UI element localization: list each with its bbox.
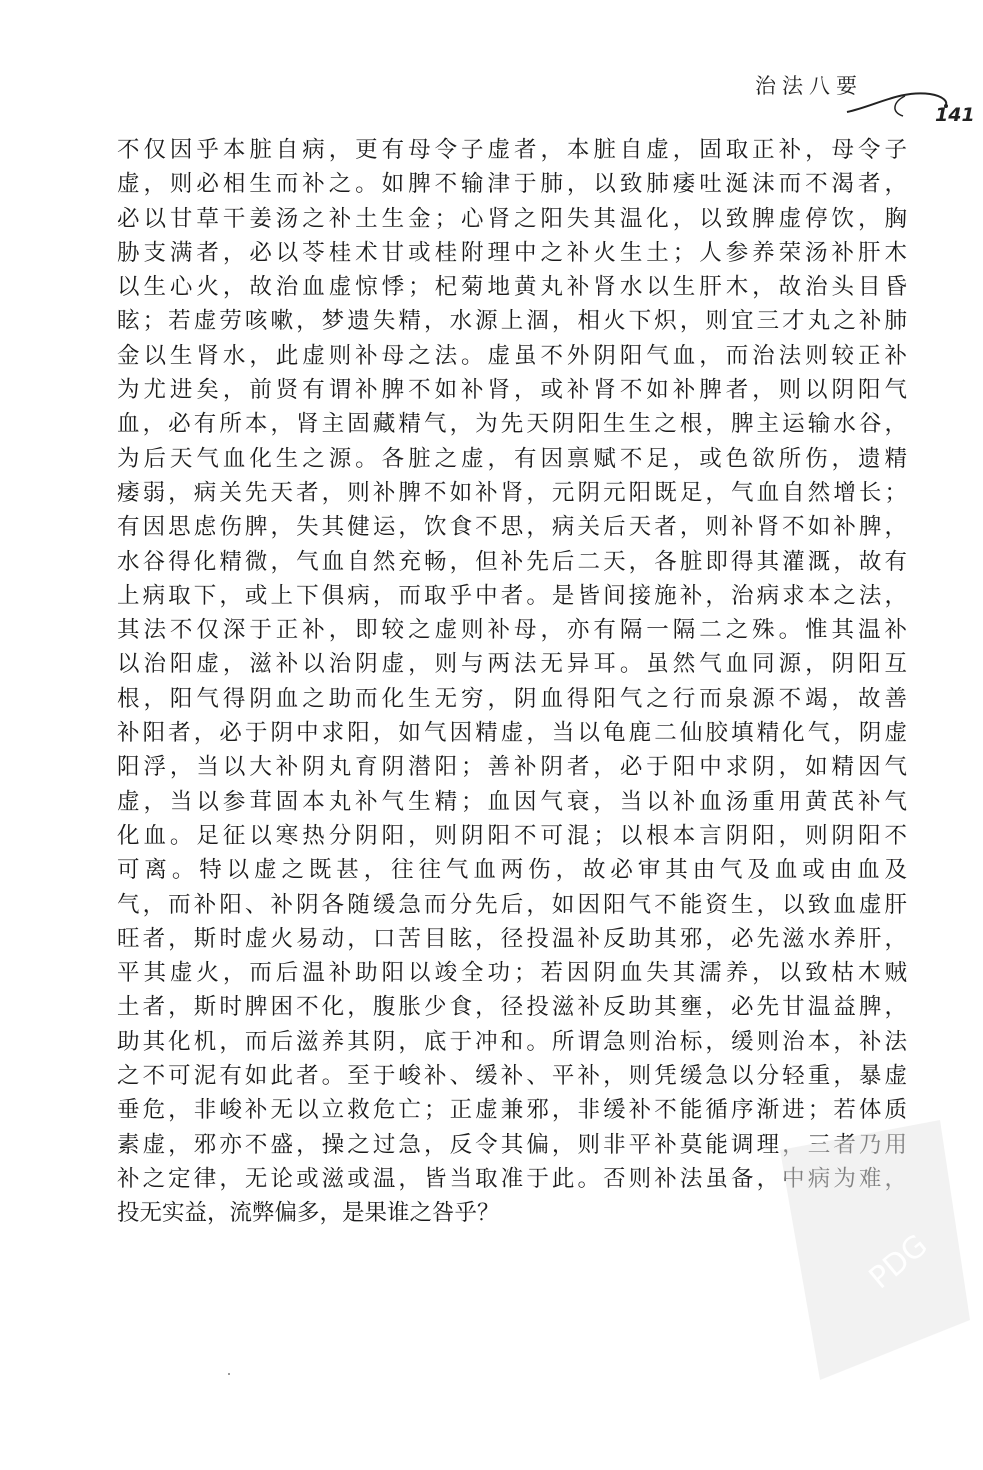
text-line: 气，而补阳、补阴各随缓急而分先后，如因阳气不能资生，以致血虚肝 <box>117 888 907 922</box>
page-header: 治法八要 141 <box>740 70 970 130</box>
text-line: 血，必有所本，肾主固藏精气，为先天阴阳生生之根，脾主运输水谷， <box>117 407 907 441</box>
text-line: 水谷得化精微，气血自然充畅，但补先后二天，各脏即得其灌溉，故有 <box>117 545 907 579</box>
text-line: 平其虚火，而后温补助阳以竣全功；若因阴血失其濡养，以致枯木贼 <box>117 956 907 990</box>
text-line: 有因思虑伤脾，失其健运，饮食不思，病关后天者，则补肾不如补脾， <box>117 510 907 544</box>
text-line: 土者，斯时脾困不化，腹胀少食，径投滋补反助其壅，必先甘温益脾， <box>117 990 907 1024</box>
text-line: 虚，当以参茸固本丸补气生精；血因气衰，当以补血汤重用黄芪补气 <box>117 785 907 819</box>
text-line: 不仅因乎本脏自病，更有母令子虚者，本脏自虚，固取正补，母令子 <box>117 133 907 167</box>
text-line: 补阳者，必于阴中求阳，如气因精虚，当以龟鹿二仙胶填精化气，阴虚 <box>117 716 907 750</box>
text-line: 化血。足征以寒热分阴阳，则阴阳不可混；以根本言阴阳，则阴阳不 <box>117 819 907 853</box>
text-line: 助其化机，而后滋养其阴，底于冲和。所谓急则治标，缓则治本，补法 <box>117 1025 907 1059</box>
page-number: 141 <box>935 104 975 126</box>
text-line: 为尤进矣，前贤有谓补脾不如补肾，或补肾不如补脾者，则以阴阳气 <box>117 373 907 407</box>
text-line: 阳浮，当以大补阴丸育阴潜阳；善补阴者，必于阳中求阴，如精因气 <box>117 750 907 784</box>
text-line: 可离。特以虚之既甚，往往气血两伤，故必审其由气及血或由血及 <box>117 853 907 887</box>
text-line: 必以甘草干姜汤之补土生金；心肾之阳失其温化，以致脾虚停饮，胸 <box>117 202 907 236</box>
text-line: 根，阳气得阴血之助而化生无穷，阴血得阳气之行而泉源不竭，故善 <box>117 682 907 716</box>
text-line: 为后天气血化生之源。各脏之虚，有因禀赋不足，或色欲所伤，遗精 <box>117 442 907 476</box>
text-line: 之不可泥有如此者。至于峻补、缓补、平补，则凭缓急以分轻重，暴虚 <box>117 1059 907 1093</box>
text-line: 金以生肾水，此虚则补母之法。虚虽不外阴阳气血，而治法则较正补 <box>117 339 907 373</box>
text-line: 虚，则必相生而补之。如脾不输津于肺，以致肺痿吐涎沫而不渴者， <box>117 167 907 201</box>
text-line: 上病取下，或上下俱病，而取乎中者。是皆间接施补，治病求本之法， <box>117 579 907 613</box>
text-line: 其法不仅深于正补，即较之虚则补母，亦有隔一隔二之殊。惟其温补 <box>117 613 907 647</box>
text-line: 眩；若虚劳咳嗽，梦遗失精，水源上涸，相火下炽，则宜三才丸之补肺 <box>117 304 907 338</box>
text-line: 以治阳虚，滋补以治阴虚，则与两法无异耳。虽然气血同源，阴阳互 <box>117 647 907 681</box>
body-paragraph: 不仅因乎本脏自病，更有母令子虚者，本脏自虚，固取正补，母令子 虚，则必相生而补之… <box>117 133 907 1231</box>
text-line: 痿弱，病关先天者，则补脾不如补肾，元阴元阳既足，气血自然增长； <box>117 476 907 510</box>
text-line: 以生心火，故治血虚惊悸；杞菊地黄丸补肾水以生肝木，故治头目昏 <box>117 270 907 304</box>
text-line: 旺者，斯时虚火易动，口苦目眩，径投温补反助其邪，必先滋水养肝， <box>117 922 907 956</box>
stray-mark <box>228 1373 230 1375</box>
text-line: 胁支满者，必以苓桂术甘或桂附理中之补火生土；人参养荣汤补肝木 <box>117 236 907 270</box>
pdg-watermark-icon: PDG <box>760 1120 970 1380</box>
